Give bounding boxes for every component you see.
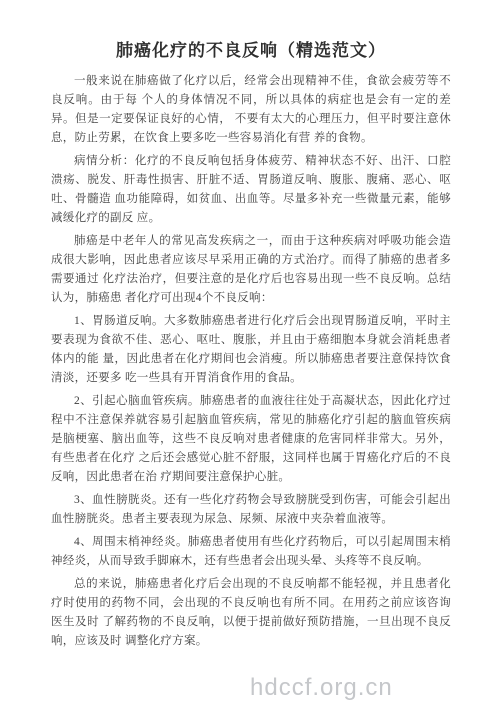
document-page: 肺癌化疗的不良反响（精选范文） 一般来说在肺癌做了化疗以后，经常会出现精神不佳，… xyxy=(0,0,500,725)
paragraph-item-4-neuritis: 4、周围末梢神经炎。肺癌患者使用有些化疗药物后，可以引起周围末梢神经炎，从而导致… xyxy=(51,533,451,571)
paragraph-condition-analysis: 病情分析：化疗的不良反响包括身体疲劳、精神状态不好、出汗、口腔溃疡、脱发、肝毒性… xyxy=(51,152,451,228)
paragraph-item-2-cardiovascular: 2、引起心脑血管疾病。肺癌患者的血液往往处于高凝状态，因此化疗过程中不注意保养就… xyxy=(51,392,451,487)
site-watermark: hdccf.org.cn xyxy=(250,674,393,702)
paragraph-intro: 一般来说在肺癌做了化疗以后，经常会出现精神不佳，食欲会疲劳等不良反响。由于每 个… xyxy=(51,72,451,148)
document-title: 肺癌化疗的不良反响（精选范文） xyxy=(51,36,451,61)
paragraph-overview: 肺癌是中老年人的常见高发疾病之一，而由于这种疾病对呼吸功能会造成很大影响，因此患… xyxy=(51,232,451,308)
paragraph-conclusion: 总的来说，肺癌患者化疗后会出现的不良反响都不能轻视，并且患者化疗时使用的药物不同… xyxy=(51,575,451,651)
document-body: 一般来说在肺癌做了化疗以后，经常会出现精神不佳，食欲会疲劳等不良反响。由于每 个… xyxy=(51,72,451,651)
paragraph-item-3-cystitis: 3、血性膀胱炎。还有一些化疗药物会导致膀胱受到伤害，可能会引起出血性膀胱炎。患者… xyxy=(51,491,451,529)
paragraph-item-1-gastrointestinal: 1、胃肠道反响。大多数肺癌患者进行化疗后会出现胃肠道反响，平时主要表现为食欲不佳… xyxy=(51,312,451,388)
